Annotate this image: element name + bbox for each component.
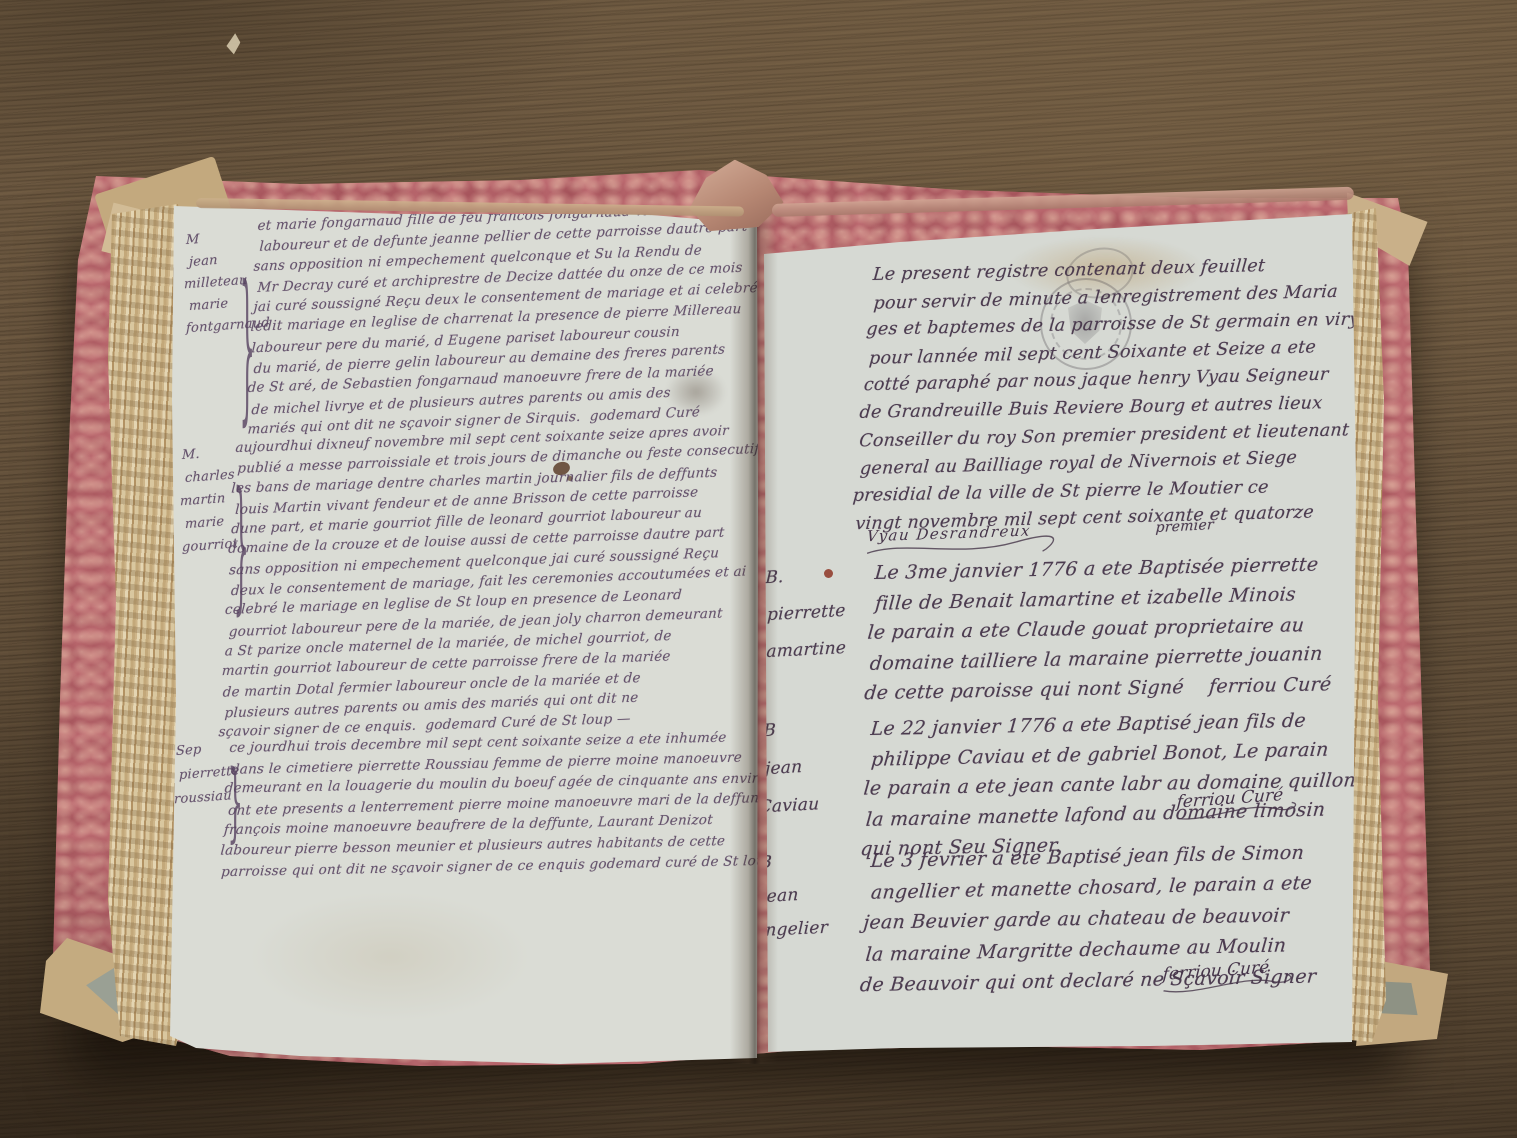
margin-line: pierrette <box>766 592 853 634</box>
marriage-entry-martin: aujourdhui dixneuf novembre mil sept cen… <box>220 420 765 744</box>
baptism-entry-lamartine: Le 3me janvier 1776 a ete Baptisée pierr… <box>863 549 1343 708</box>
register-header: Le present registre contenant deux feuil… <box>851 251 1367 539</box>
burial-entry-roussiau: ce jourdhui trois decembre mil sept cent… <box>220 726 782 882</box>
marriage-entry-milleteau: et marie fongarnaud fille de feu francoi… <box>247 197 762 440</box>
page-number-label: premier <box>1155 517 1214 536</box>
foxing-stain <box>250 892 530 1022</box>
book-gutter-shadow <box>730 204 778 1064</box>
